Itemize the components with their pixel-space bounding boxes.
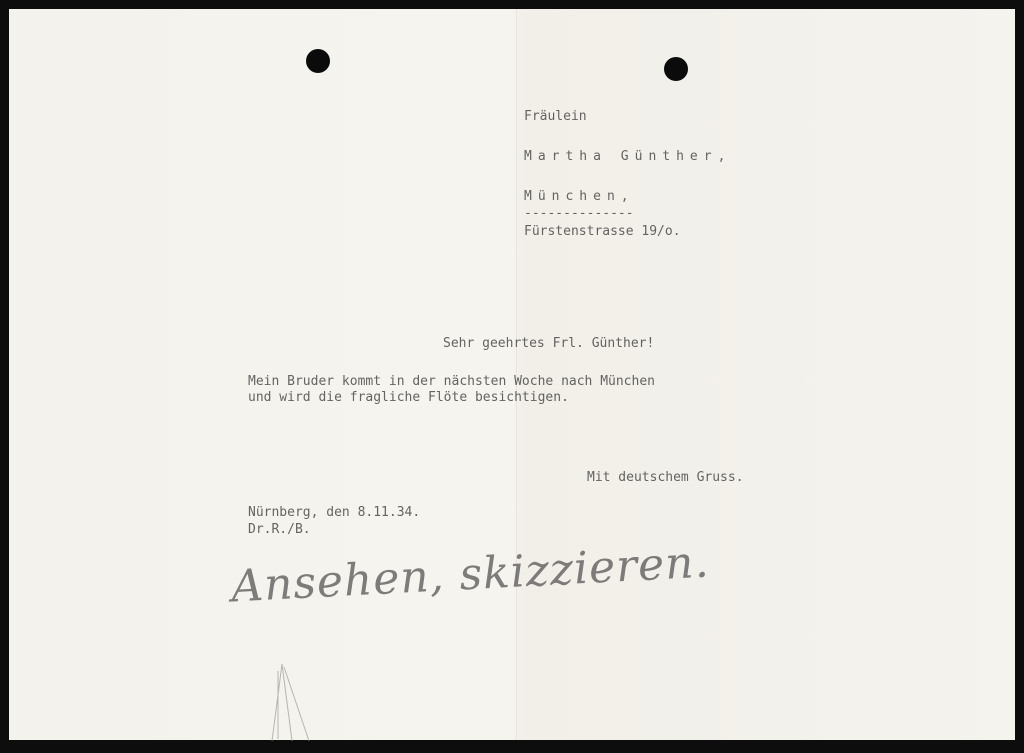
closing: Mit deutschem Gruss. [587, 470, 744, 486]
city-underline: -------------- [524, 206, 634, 222]
recipient-city: München, [524, 189, 635, 205]
handwritten-note: Ansehen, skizzieren. [230, 537, 711, 613]
punch-hole-right [664, 57, 688, 81]
recipient-title: Fräulein [524, 109, 587, 125]
pencil-marks [264, 659, 324, 744]
punch-hole-left [306, 49, 330, 73]
body-line-1: Mein Bruder kommt in der nächsten Woche … [248, 374, 655, 390]
recipient-street: Fürstenstrasse 19/o. [524, 224, 681, 240]
greeting: Sehr geehrtes Frl. Günther! [443, 336, 654, 352]
recipient-name: Martha Günther, [524, 149, 731, 165]
reference-initials: Dr.R./B. [248, 522, 311, 538]
body-line-2: und wird die fragliche Flöte besichtigen… [248, 390, 569, 406]
place-date: Nürnberg, den 8.11.34. [248, 505, 420, 521]
letter-paper: Fräulein Martha Günther, München, ------… [9, 9, 1015, 740]
